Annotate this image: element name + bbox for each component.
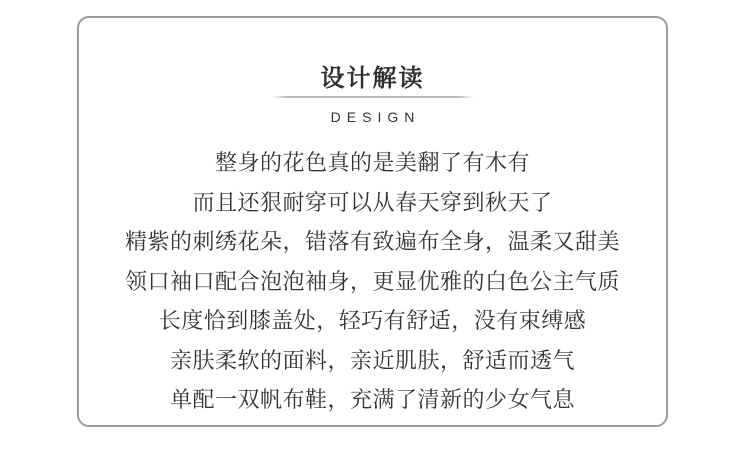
description-text-block: 整身的花色真的是美翻了有木有 而且还狠耐穿可以从春天穿到秋天了 精紫的刺绣花朵，…	[79, 143, 666, 420]
section-subtitle: DESIGN	[79, 109, 666, 125]
description-line: 精紫的刺绣花朵，错落有致遍布全身，温柔又甜美	[79, 222, 666, 262]
design-description-page: 设计解读 DESIGN 整身的花色真的是美翻了有木有 而且还狠耐穿可以从春天穿到…	[0, 0, 750, 456]
section-title: 设计解读	[79, 58, 666, 93]
description-line: 而且还狠耐穿可以从春天穿到秋天了	[79, 183, 666, 223]
description-line: 领口袖口配合泡泡袖身，更显优雅的白色公主气质	[79, 262, 666, 302]
description-line: 长度恰到膝盖处，轻巧有舒适，没有束缚感	[79, 301, 666, 341]
title-divider	[272, 96, 474, 98]
description-line: 整身的花色真的是美翻了有木有	[79, 143, 666, 183]
design-description-card: 设计解读 DESIGN 整身的花色真的是美翻了有木有 而且还狠耐穿可以从春天穿到…	[77, 16, 668, 427]
description-line: 亲肤柔软的面料，亲近肌肤，舒适而透气	[79, 341, 666, 381]
description-line: 单配一双帆布鞋，充满了清新的少女气息	[79, 380, 666, 420]
